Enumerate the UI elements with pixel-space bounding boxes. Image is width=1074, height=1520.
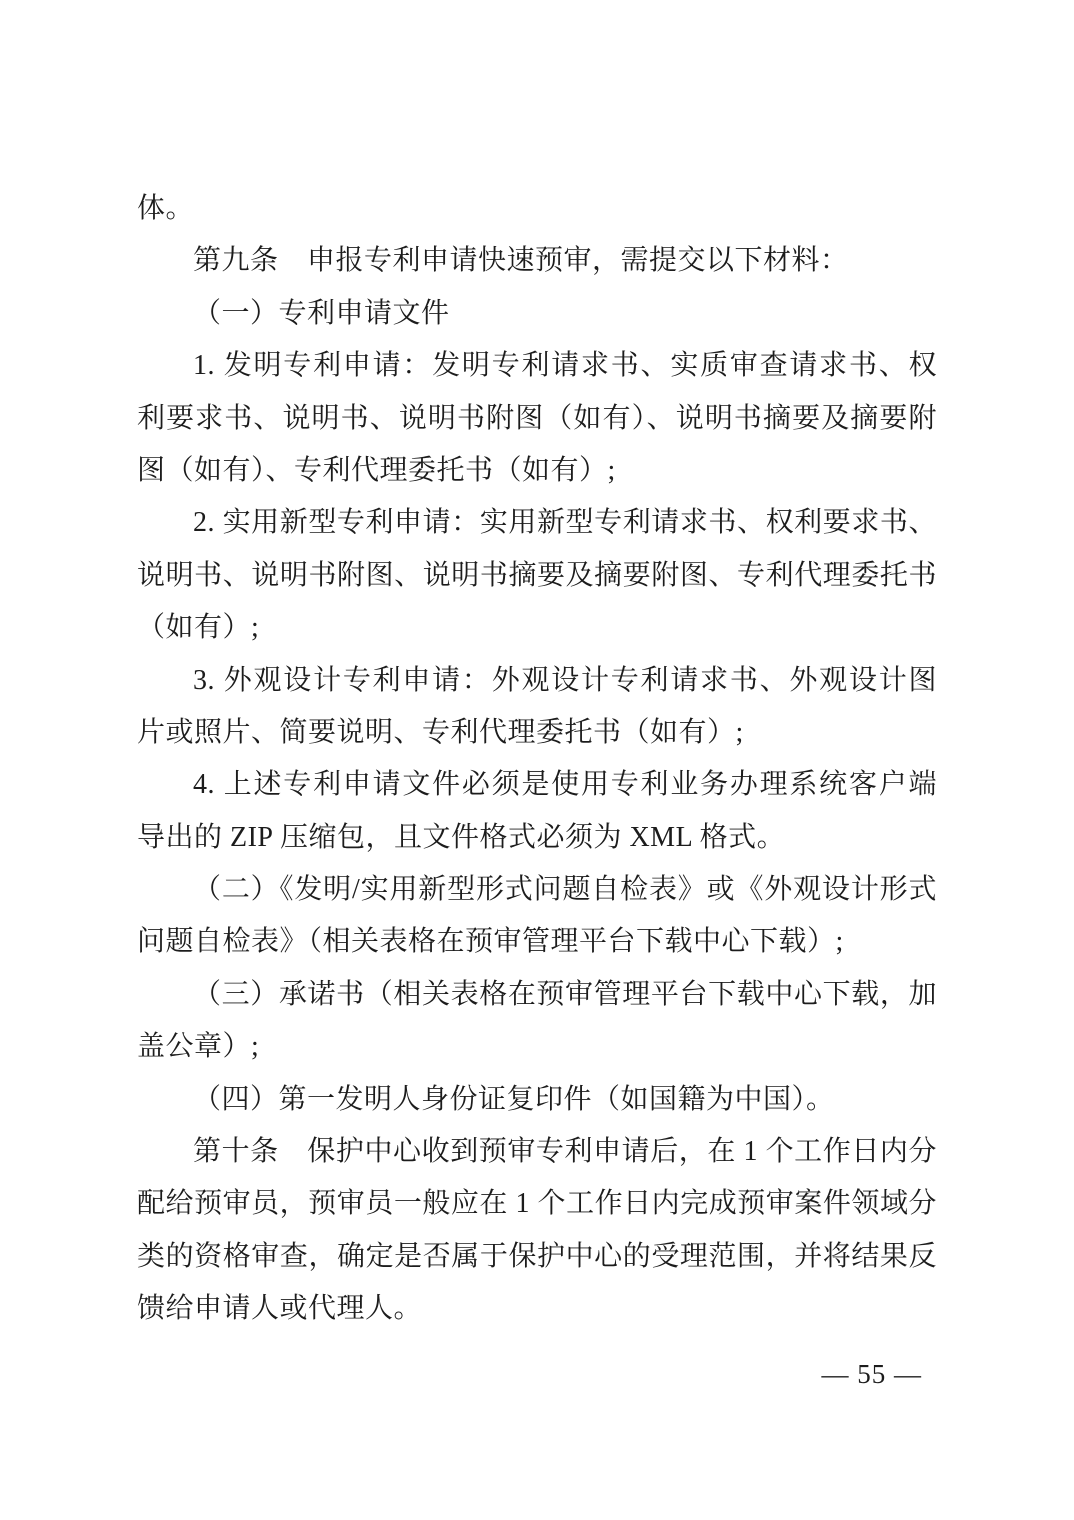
document-line: 利要求书、说明书、说明书附图（如有）、说明书摘要及摘要附 xyxy=(137,393,937,445)
document-line: （一）专利申请文件 xyxy=(137,288,937,340)
document-body: 体。第九条 申报专利申请快速预审，需提交以下材料：（一）专利申请文件1. 发明专… xyxy=(137,183,937,1336)
document-line: 第十条 保护中心收到预审专利申请后，在 1 个工作日内分 xyxy=(137,1126,937,1178)
document-line: 图（如有）、专利代理委托书（如有）; xyxy=(137,445,937,497)
document-line: 2. 实用新型专利申请：实用新型专利请求书、权利要求书、 xyxy=(137,497,937,549)
document-line: 体。 xyxy=(137,183,937,235)
document-line: 配给预审员，预审员一般应在 1 个工作日内完成预审案件领域分 xyxy=(137,1178,937,1230)
document-line: 类的资格审查，确定是否属于保护中心的受理范围，并将结果反 xyxy=(137,1231,937,1283)
document-line: 第九条 申报专利申请快速预审，需提交以下材料： xyxy=(137,235,937,287)
document-line: （如有）; xyxy=(137,602,937,654)
document-line: 片或照片、简要说明、专利代理委托书（如有）; xyxy=(137,707,937,759)
document-line: 1. 发明专利申请：发明专利请求书、实质审查请求书、权 xyxy=(137,340,937,392)
document-line: 3. 外观设计专利申请：外观设计专利请求书、外观设计图 xyxy=(137,655,937,707)
document-line: 导出的 ZIP 压缩包，且文件格式必须为 XML 格式。 xyxy=(137,812,937,864)
document-line: （三）承诺书（相关表格在预审管理平台下载中心下载，加 xyxy=(137,969,937,1021)
document-line: 馈给申请人或代理人。 xyxy=(137,1283,937,1335)
document-line: 说明书、说明书附图、说明书摘要及摘要附图、专利代理委托书 xyxy=(137,550,937,602)
document-line: 盖公章）; xyxy=(137,1021,937,1073)
document-line: （四）第一发明人身份证复印件（如国籍为中国）。 xyxy=(137,1074,937,1126)
document-line: 问题自检表》（相关表格在预审管理平台下载中心下载）; xyxy=(137,916,937,968)
document-line: 4. 上述专利申请文件必须是使用专利业务办理系统客户端 xyxy=(137,759,937,811)
document-line: （二）《发明/实用新型形式问题自检表》或《外观设计形式 xyxy=(137,864,937,916)
document-page: 体。第九条 申报专利申请快速预审，需提交以下材料：（一）专利申请文件1. 发明专… xyxy=(0,0,1074,1520)
page-number: — 55 — xyxy=(822,1358,923,1390)
